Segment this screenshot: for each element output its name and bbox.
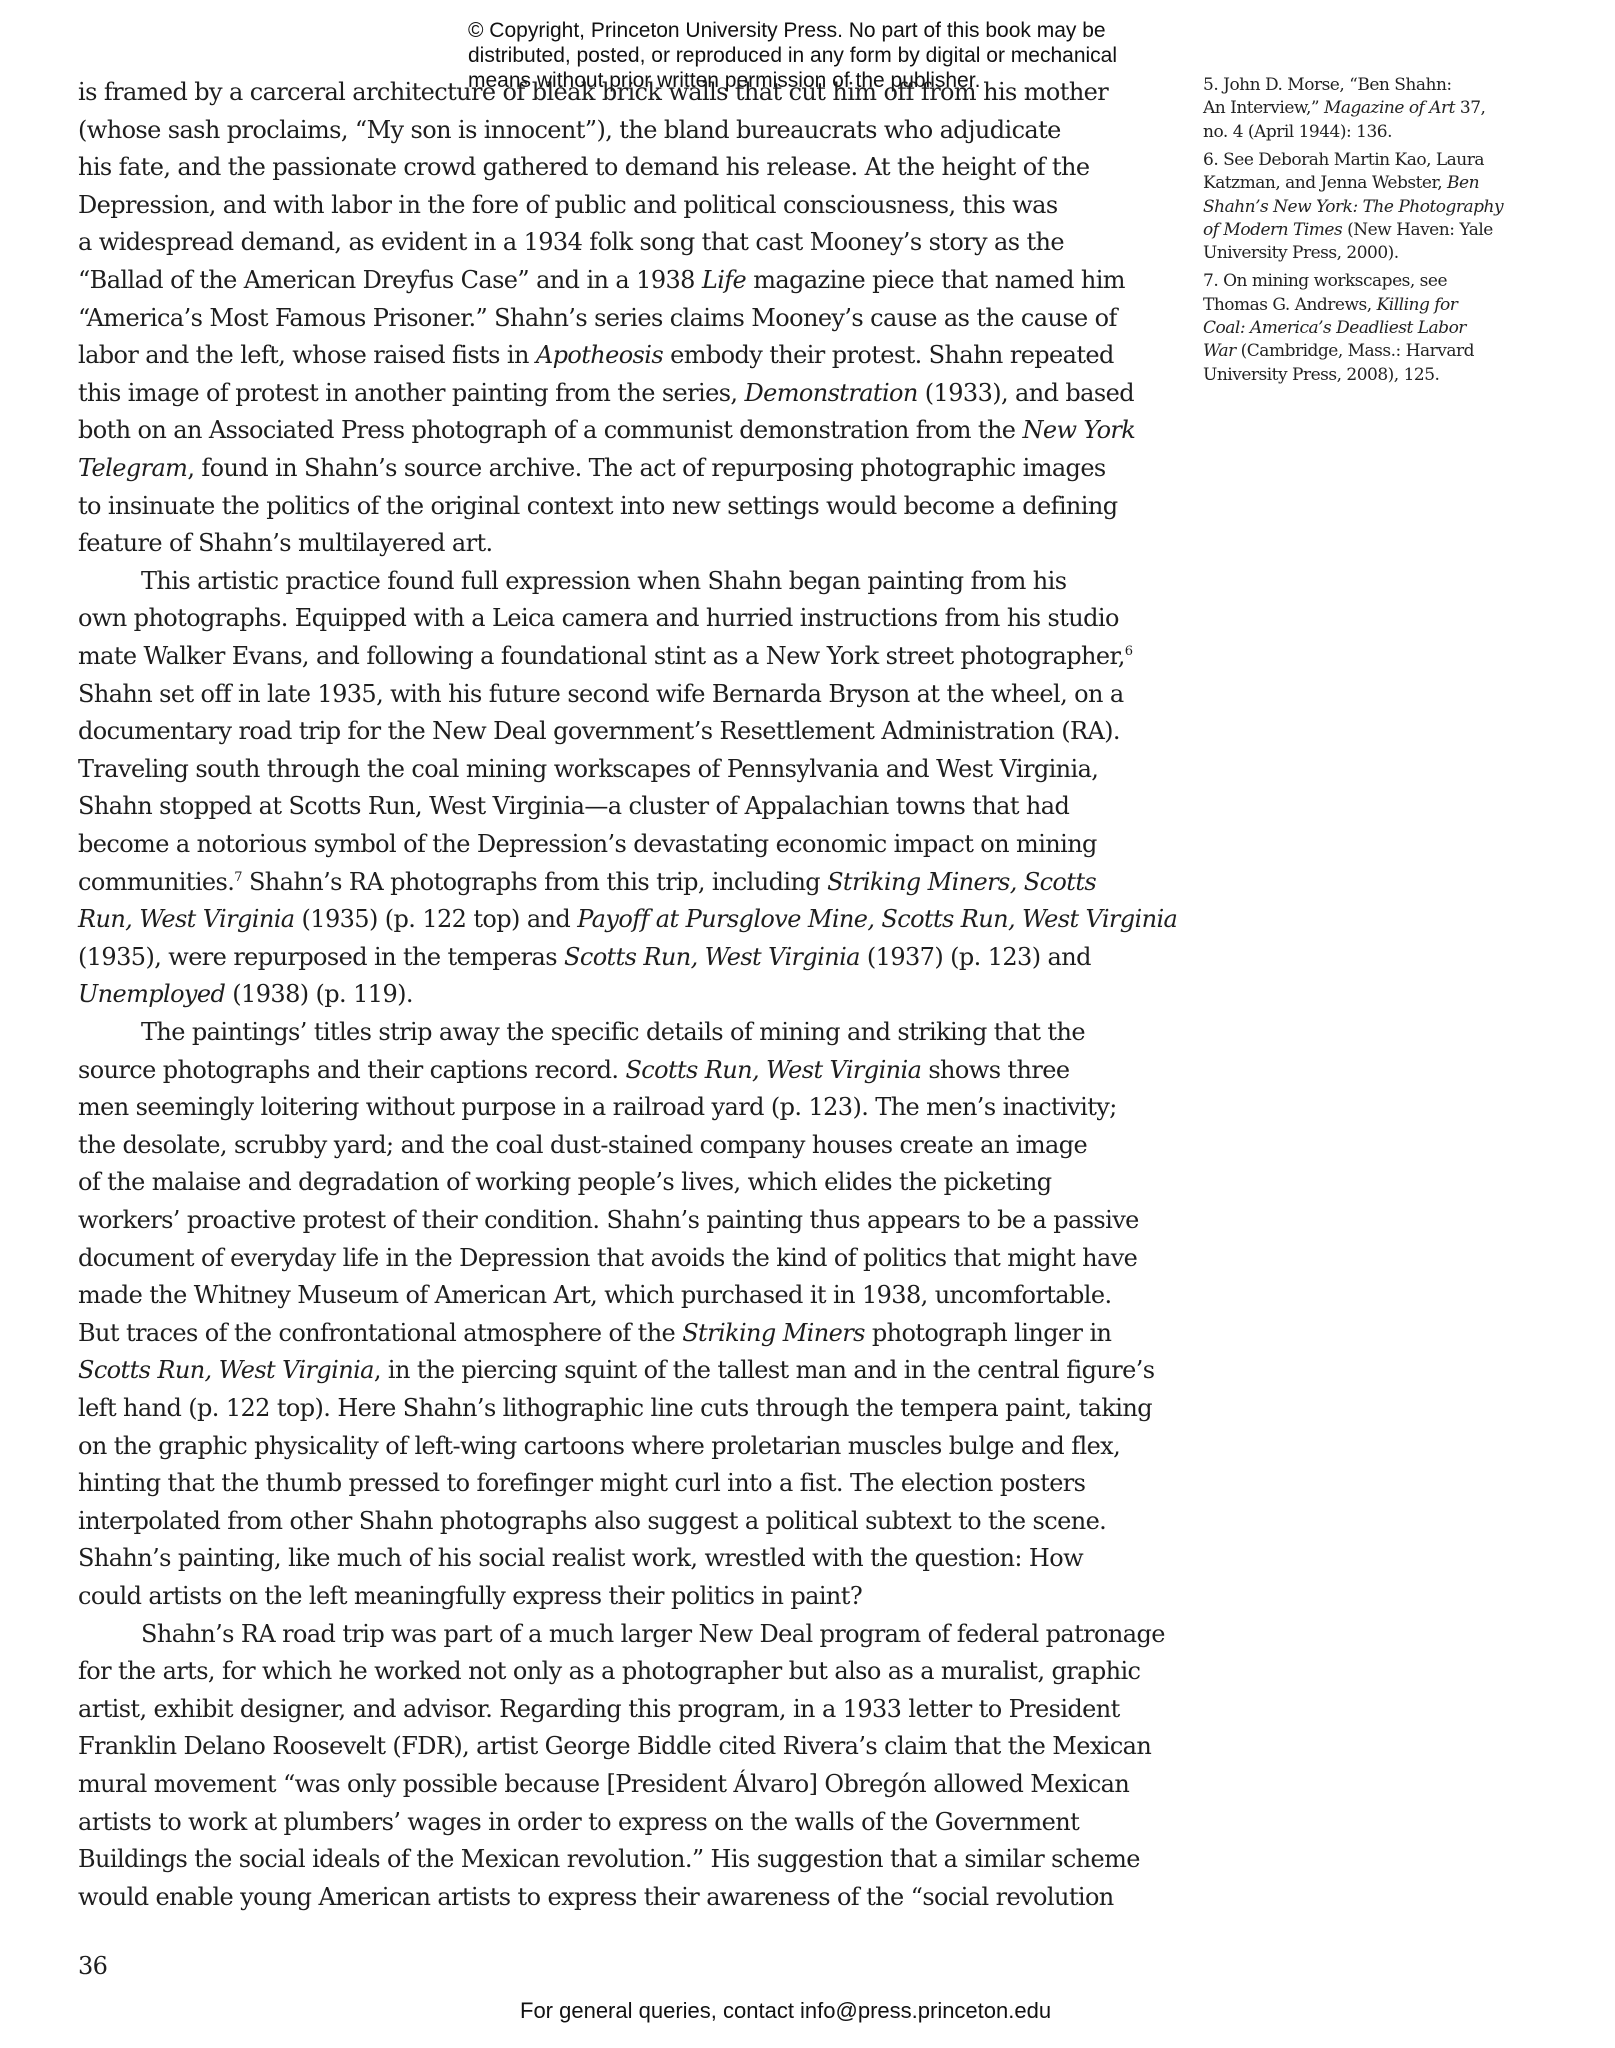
text-segment: to insinuate the politics of the origina…	[78, 492, 1117, 520]
text-segment: mate Walker Evans, and following a found…	[78, 642, 1125, 670]
text-segment: (1933), and based	[918, 379, 1134, 407]
text-segment: photograph linger in	[865, 1319, 1112, 1347]
text-line: both on an Associated Press photograph o…	[78, 415, 1135, 445]
italic-title: Unemployed	[78, 980, 225, 1008]
text-line: made the Whitney Museum of American Art,…	[78, 1280, 1111, 1310]
italic-title: Coal: America’s Deadliest Labor	[1203, 318, 1466, 338]
text-segment: Shahn stopped at Scotts Run, West Virgin…	[78, 792, 1069, 820]
text-line: mate Walker Evans, and following a found…	[78, 641, 1132, 671]
italic-title: New York	[1022, 416, 1135, 444]
text-segment: 5. John D. Morse, “Ben Shahn:	[1203, 75, 1452, 95]
text-segment: “Ballad of the American Dreyfus Case” an…	[78, 266, 702, 294]
text-line: (1935), were repurposed in the temperas …	[78, 942, 1091, 972]
italic-title: Demonstration	[744, 379, 917, 407]
text-line: of the malaise and degradation of workin…	[78, 1167, 1052, 1197]
footnote-line: Katzman, and Jenna Webster, Ben	[1203, 172, 1479, 194]
text-segment: University Press, 2000).	[1203, 243, 1399, 263]
footnote-line: Shahn’s New York: The Photography	[1203, 196, 1503, 218]
text-line: Scotts Run, West Virginia, in the pierci…	[78, 1355, 1154, 1385]
text-segment: source photographs and their captions re…	[78, 1056, 625, 1084]
italic-title: Scotts Run, West Virginia	[625, 1056, 921, 1084]
footnote-line: no. 4 (April 1944): 136.	[1203, 121, 1392, 143]
text-segment: the desolate, scrubby yard; and the coal…	[78, 1131, 1087, 1159]
italic-title: Killing for	[1377, 295, 1458, 315]
text-segment: The paintings’ titles strip away the spe…	[141, 1018, 1085, 1046]
text-line: on the graphic physicality of left-wing …	[78, 1431, 1120, 1461]
italic-title: Ben	[1447, 173, 1479, 193]
text-line: men seemingly loitering without purpose …	[78, 1092, 1117, 1122]
page-number: 36	[78, 1952, 107, 1980]
text-segment: become a notorious symbol of the Depress…	[78, 830, 1097, 858]
text-line: But traces of the confrontational atmosp…	[78, 1318, 1111, 1348]
text-line: documentary road trip for the New Deal g…	[78, 716, 1120, 746]
text-segment: documentary road trip for the New Deal g…	[78, 717, 1120, 745]
text-segment: (1938) (p. 119).	[225, 980, 413, 1008]
italic-title: Scotts Run, West Virginia	[78, 1356, 374, 1384]
italic-title: Run, West Virginia	[78, 905, 295, 933]
text-segment: labor and the left, whose raised fists i…	[78, 341, 536, 369]
text-segment: 37,	[1455, 98, 1485, 118]
text-segment: Buildings the social ideals of the Mexic…	[78, 1845, 1140, 1873]
text-segment: mural movement “was only possible becaus…	[78, 1770, 1129, 1798]
text-segment: 7. On mining workscapes, see	[1203, 271, 1447, 291]
text-line: This artistic practice found full expres…	[141, 566, 1066, 596]
copyright-line: © Copyright, Princeton University Press.…	[468, 18, 1106, 43]
italic-title: Telegram	[78, 454, 187, 482]
footnote-line: 5. John D. Morse, “Ben Shahn:	[1203, 74, 1452, 96]
footnote-line: of Modern Times (New Haven: Yale	[1203, 219, 1493, 241]
text-line: could artists on the left meaningfully e…	[78, 1581, 862, 1611]
text-line: mural movement “was only possible becaus…	[78, 1769, 1129, 1799]
text-segment: Shahn’s painting, like much of his socia…	[78, 1544, 1083, 1572]
text-segment: shows three	[921, 1056, 1069, 1084]
text-segment: (1935) (p. 122 top) and	[295, 905, 578, 933]
text-segment: own photographs. Equipped with a Leica c…	[78, 604, 1119, 632]
text-segment: Shahn’s RA photographs from this trip, i…	[242, 868, 827, 896]
text-line: Telegram, found in Shahn’s source archiv…	[78, 453, 1106, 483]
text-line: communities.7 Shahn’s RA photographs fro…	[78, 867, 1096, 897]
text-segment: workers’ proactive protest of their cond…	[78, 1206, 1139, 1234]
footnote-line: University Press, 2000).	[1203, 242, 1399, 264]
text-line: Depression, and with labor in the fore o…	[78, 190, 1058, 220]
text-segment: artist, exhibit designer, and advisor. R…	[78, 1695, 1120, 1723]
italic-title: of Modern Times	[1203, 220, 1342, 240]
text-line: interpolated from other Shahn photograph…	[78, 1506, 1106, 1536]
text-segment: Traveling south through the coal mining …	[78, 755, 1098, 783]
text-segment: his fate, and the passionate crowd gathe…	[78, 153, 1089, 181]
footnote-line: An Interview,” Magazine of Art 37,	[1203, 97, 1485, 119]
text-segment: interpolated from other Shahn photograph…	[78, 1507, 1106, 1535]
italic-title: Magazine of Art	[1324, 98, 1455, 118]
text-line: a widespread demand, as evident in a 193…	[78, 227, 1064, 257]
footnote-line: 6. See Deborah Martin Kao, Laura	[1203, 149, 1484, 171]
text-segment: communities.	[78, 868, 234, 896]
text-segment: This artistic practice found full expres…	[141, 567, 1066, 595]
footnote-line: Thomas G. Andrews, Killing for	[1203, 294, 1457, 316]
text-line: Franklin Delano Roosevelt (FDR), artist …	[78, 1731, 1151, 1761]
text-line: Shahn stopped at Scotts Run, West Virgin…	[78, 791, 1069, 821]
text-line: own photographs. Equipped with a Leica c…	[78, 603, 1119, 633]
text-segment: Shahn set off in late 1935, with his fut…	[78, 680, 1124, 708]
text-segment: (1935), were repurposed in the temperas	[78, 943, 564, 971]
text-segment: hinting that the thumb pressed to forefi…	[78, 1469, 1085, 1497]
text-line: hinting that the thumb pressed to forefi…	[78, 1468, 1085, 1498]
text-segment: (whose sash proclaims, “My son is innoce…	[78, 116, 1061, 144]
footnote-ref: 7	[234, 870, 242, 885]
text-segment: is framed by a carceral architecture of …	[78, 78, 1108, 106]
italic-title: War	[1203, 341, 1236, 361]
text-line: labor and the left, whose raised fists i…	[78, 340, 1114, 370]
text-segment: for the arts, for which he worked not on…	[78, 1657, 1140, 1685]
text-line: the desolate, scrubby yard; and the coal…	[78, 1130, 1087, 1160]
text-segment: But traces of the confrontational atmosp…	[78, 1319, 682, 1347]
footnote-line: University Press, 2008), 125.	[1203, 364, 1439, 386]
text-line: is framed by a carceral architecture of …	[78, 77, 1108, 107]
text-segment: An Interview,”	[1203, 98, 1324, 118]
footnote-line: Coal: America’s Deadliest Labor	[1203, 317, 1466, 339]
text-segment: left hand (p. 122 top). Here Shahn’s lit…	[78, 1394, 1152, 1422]
text-line: would enable young American artists to e…	[78, 1882, 1114, 1912]
footnote-line: War (Cambridge, Mass.: Harvard	[1203, 340, 1474, 362]
text-segment: a widespread demand, as evident in a 193…	[78, 228, 1064, 256]
text-line: artist, exhibit designer, and advisor. R…	[78, 1694, 1120, 1724]
text-segment: men seemingly loitering without purpose …	[78, 1093, 1117, 1121]
text-line: this image of protest in another paintin…	[78, 378, 1134, 408]
italic-title: Payoff at Pursglove Mine, Scotts Run, We…	[577, 905, 1177, 933]
text-segment: embody their protest. Shahn repeated	[663, 341, 1114, 369]
text-line: feature of Shahn’s multilayered art.	[78, 528, 493, 558]
text-segment: Depression, and with labor in the fore o…	[78, 191, 1058, 219]
text-segment: no. 4 (April 1944): 136.	[1203, 122, 1392, 142]
text-segment: Shahn’s RA road trip was part of a much …	[141, 1620, 1165, 1648]
text-line: “Ballad of the American Dreyfus Case” an…	[78, 265, 1125, 295]
footnote-line: 7. On mining workscapes, see	[1203, 270, 1447, 292]
italic-title: Apotheosis	[536, 341, 663, 369]
text-line: Shahn set off in late 1935, with his fut…	[78, 679, 1124, 709]
italic-title: Shahn’s New York: The Photography	[1203, 197, 1503, 217]
text-segment: University Press, 2008), 125.	[1203, 365, 1439, 385]
text-line: his fate, and the passionate crowd gathe…	[78, 152, 1089, 182]
text-line: become a notorious symbol of the Depress…	[78, 829, 1097, 859]
text-line: artists to work at plumbers’ wages in or…	[78, 1807, 1079, 1837]
text-segment: Thomas G. Andrews,	[1203, 295, 1377, 315]
text-segment: would enable young American artists to e…	[78, 1883, 1114, 1911]
text-segment: this image of protest in another paintin…	[78, 379, 744, 407]
text-segment: (New Haven: Yale	[1342, 220, 1493, 240]
text-segment: , found in Shahn’s source archive. The a…	[187, 454, 1105, 482]
text-segment: made the Whitney Museum of American Art,…	[78, 1281, 1111, 1309]
text-line: to insinuate the politics of the origina…	[78, 491, 1117, 521]
text-segment: document of everyday life in the Depress…	[78, 1244, 1137, 1272]
text-line: source photographs and their captions re…	[78, 1055, 1069, 1085]
italic-title: Striking Miners	[682, 1319, 865, 1347]
contact-footer: For general queries, contact info@press.…	[520, 1998, 1051, 2024]
text-line: Shahn’s painting, like much of his socia…	[78, 1543, 1083, 1573]
text-segment: feature of Shahn’s multilayered art.	[78, 529, 493, 557]
text-segment: on the graphic physicality of left-wing …	[78, 1432, 1120, 1460]
text-line: document of everyday life in the Depress…	[78, 1243, 1137, 1273]
text-segment: artists to work at plumbers’ wages in or…	[78, 1808, 1079, 1836]
text-segment: Katzman, and Jenna Webster,	[1203, 173, 1447, 193]
text-segment: both on an Associated Press photograph o…	[78, 416, 1022, 444]
copyright-line: distributed, posted, or reproduced in an…	[468, 43, 1117, 68]
text-line: workers’ proactive protest of their cond…	[78, 1205, 1139, 1235]
footnote-ref: 6	[1125, 644, 1133, 659]
text-segment: “America’s Most Famous Prisoner.” Shahn’…	[78, 304, 1117, 332]
text-line: “America’s Most Famous Prisoner.” Shahn’…	[78, 303, 1117, 333]
text-segment: (Cambridge, Mass.: Harvard	[1236, 341, 1474, 361]
text-segment: (1937) (p. 123) and	[860, 943, 1091, 971]
text-segment: , in the piercing squint of the tallest …	[374, 1356, 1155, 1384]
text-segment: could artists on the left meaningfully e…	[78, 1582, 862, 1610]
text-line: Traveling south through the coal mining …	[78, 754, 1098, 784]
text-segment: 6. See Deborah Martin Kao, Laura	[1203, 150, 1484, 170]
text-line: Shahn’s RA road trip was part of a much …	[141, 1619, 1165, 1649]
text-line: for the arts, for which he worked not on…	[78, 1656, 1140, 1686]
text-line: left hand (p. 122 top). Here Shahn’s lit…	[78, 1393, 1152, 1423]
italic-title: Striking Miners, Scotts	[827, 868, 1096, 896]
italic-title: Life	[702, 266, 746, 294]
text-segment: magazine piece that named him	[746, 266, 1125, 294]
text-segment: of the malaise and degradation of workin…	[78, 1168, 1052, 1196]
text-line: (whose sash proclaims, “My son is innoce…	[78, 115, 1061, 145]
text-line: Run, West Virginia (1935) (p. 122 top) a…	[78, 904, 1177, 934]
text-line: Unemployed (1938) (p. 119).	[78, 979, 413, 1009]
text-line: Buildings the social ideals of the Mexic…	[78, 1844, 1140, 1874]
italic-title: Scotts Run, West Virginia	[564, 943, 860, 971]
text-segment: Franklin Delano Roosevelt (FDR), artist …	[78, 1732, 1151, 1760]
text-line: The paintings’ titles strip away the spe…	[141, 1017, 1085, 1047]
